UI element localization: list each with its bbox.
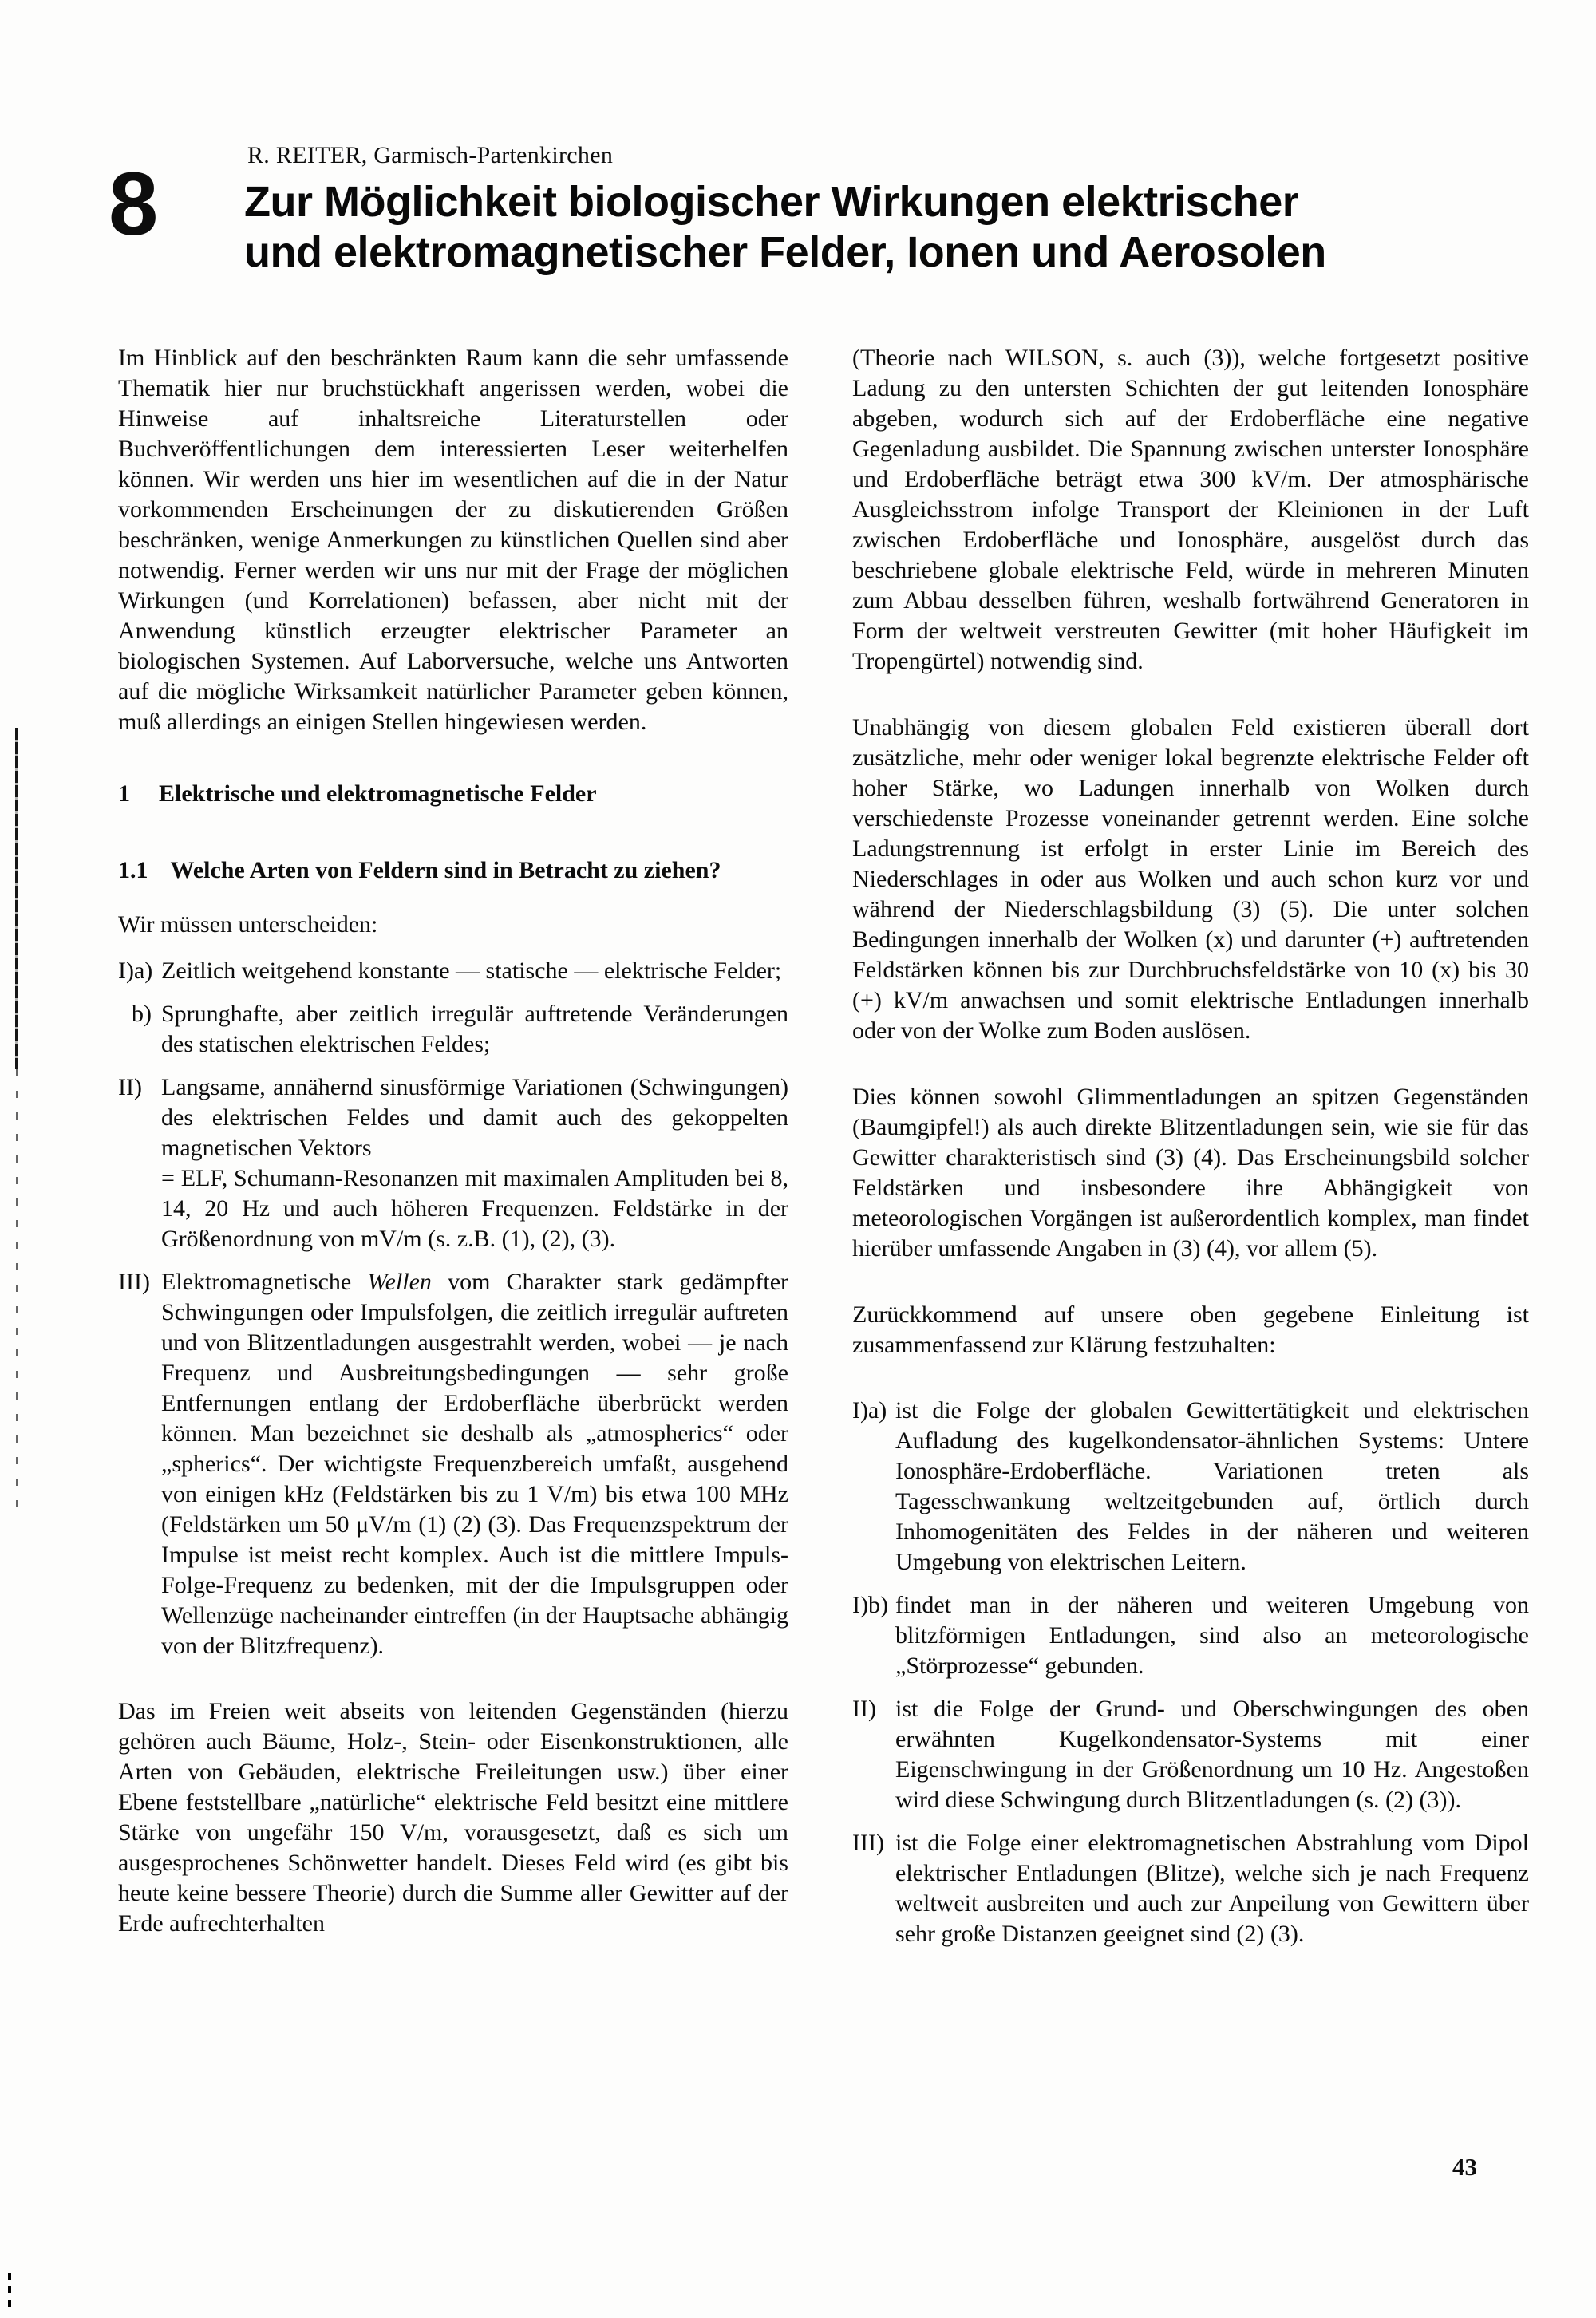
chapter-number: 8 [109, 160, 158, 249]
list-item: b) Sprunghafte, aber zeitlich irregulär … [118, 999, 788, 1060]
paragraph-local-fields: Unabhängig von diesem globalen Feld exis… [852, 713, 1529, 1046]
list-item: II) ist die Folge der Grund- und Obersch… [852, 1694, 1529, 1815]
list-item-label: I)b) [852, 1590, 895, 1621]
list-item-label: II) [852, 1694, 895, 1724]
list-item-text: ist die Folge der Grund- und Oberschwing… [895, 1694, 1529, 1815]
section-title: Elektrische und elektromagnetische Felde… [159, 780, 597, 807]
title-line-1: Zur Möglichkeit biologischer Wirkungen e… [244, 177, 1489, 227]
section-number: 1 [118, 779, 130, 809]
paragraph-field-strength: Das im Freien weit abseits von leitenden… [118, 1696, 788, 1939]
list-item-text: Langsame, annähernd sinusförmige Variati… [161, 1072, 788, 1254]
list-item-text: findet man in der näheren und weiteren U… [895, 1590, 1529, 1681]
scan-artifact-line [16, 1069, 18, 1520]
text-segment: vom Charakter stark gedämpfter Schwingun… [161, 1269, 788, 1659]
list-item-label: b) [118, 999, 161, 1029]
list-item-label: I)a) [852, 1396, 895, 1426]
list-item-text: Sprunghafte, aber zeitlich irregulär auf… [161, 999, 788, 1060]
title-line-2: und elektromagnetischer Felder, Ionen un… [244, 227, 1489, 278]
list-item-text: ist die Folge der globalen Gewittertätig… [895, 1396, 1529, 1578]
scan-artifact-mark [8, 2273, 11, 2312]
paragraph-intro: Im Hinblick auf den beschränkten Raum ka… [118, 343, 788, 737]
list-item-text: Elektromagnetische Wellen vom Charakter … [161, 1267, 788, 1661]
text-segment: Elektromagnetische [161, 1269, 367, 1295]
list-item: I)b) findet man in der näheren und weite… [852, 1590, 1529, 1681]
list-item-label: III) [118, 1267, 161, 1297]
list-item-label: III) [852, 1828, 895, 1858]
right-column: (Theorie nach WILSON, s. auch (3)), welc… [852, 343, 1529, 1949]
list-item-text: Zeitlich weitgehend konstante — statisch… [161, 956, 788, 986]
list-item: I)a) Zeitlich weitgehend konstante — sta… [118, 956, 788, 986]
list-item: I)a) ist die Folge der globalen Gewitter… [852, 1396, 1529, 1578]
list-item: III) Elektromagnetische Wellen vom Chara… [118, 1267, 788, 1661]
summary-list: I)a) ist die Folge der globalen Gewitter… [852, 1396, 1529, 1949]
paragraph-wilson: (Theorie nach WILSON, s. auch (3)), welc… [852, 343, 1529, 677]
section-heading-1: 1Elektrische und elektromagnetische Feld… [118, 779, 788, 809]
italic-term: Wellen [367, 1269, 432, 1295]
section-number: 1.1 [118, 855, 148, 886]
paragraph-discharges: Dies können sowohl Glimmentladungen an s… [852, 1082, 1529, 1264]
author-line: R. REITER, Garmisch-Partenkirchen [247, 142, 613, 169]
section-title: Welche Arten von Feldern sind in Betrach… [171, 857, 721, 883]
list-item-label: II) [118, 1072, 161, 1103]
list-intro: Wir müssen unterscheiden: [118, 910, 788, 940]
list-item: II) Langsame, annähernd sinusförmige Var… [118, 1072, 788, 1254]
paragraph-summary-intro: Zurückkommend auf unsere oben gegebene E… [852, 1300, 1529, 1360]
list-item-label: I)a) [118, 956, 161, 986]
section-heading-1-1: 1.1Welche Arten von Feldern sind in Betr… [118, 855, 788, 886]
list-item-text: ist die Folge einer elektromagnetischen … [895, 1828, 1529, 1949]
left-column: Im Hinblick auf den beschränkten Raum ka… [118, 343, 788, 1939]
chapter-title: Zur Möglichkeit biologischer Wirkungen e… [244, 177, 1489, 278]
page-number: 43 [1452, 2153, 1477, 2182]
field-types-list: I)a) Zeitlich weitgehend konstante — sta… [118, 956, 788, 1661]
list-item: III) ist die Folge einer elektromagnetis… [852, 1828, 1529, 1949]
scanned-page: R. REITER, Garmisch-Partenkirchen 8 Zur … [0, 0, 1596, 2318]
scan-artifact-line [15, 728, 18, 1069]
